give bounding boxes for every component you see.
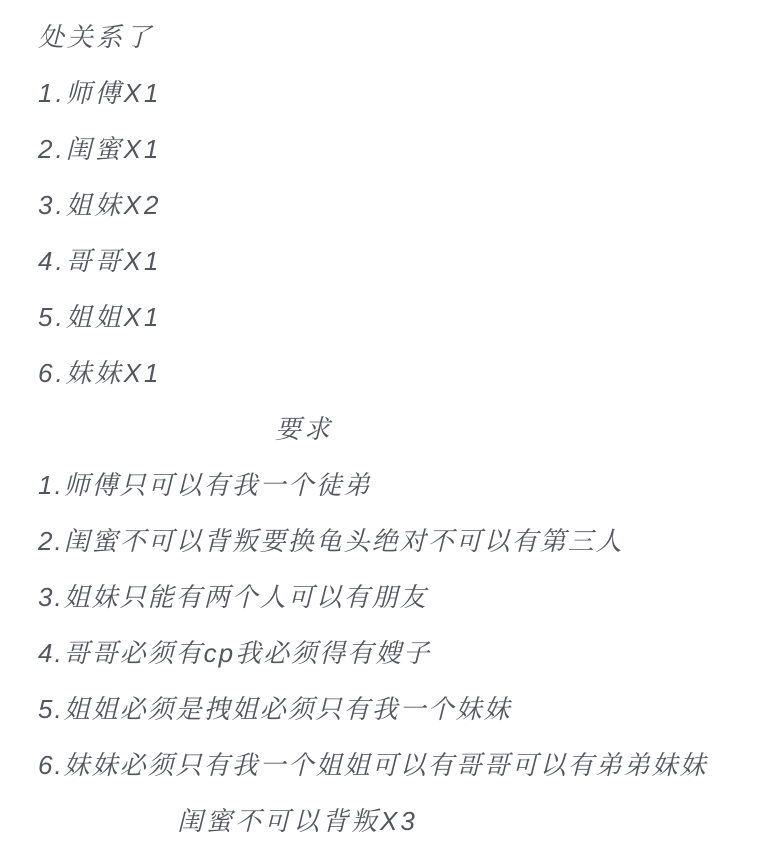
relationship-item: 4.哥哥X1 [38,233,750,289]
relationship-item: 3.姐妹X2 [38,177,750,233]
requirement-item: 6.妹妹必须只有我一个姐姐可以有哥哥可以有弟弟妹妹 [38,737,750,793]
requirement-item: 2.闺蜜不可以背叛要换龟头绝对不可以有第三人 [38,513,750,569]
requirement-item: 1.师傅只可以有我一个徒弟 [38,457,750,513]
relationship-item: 6.妹妹X1 [38,345,750,401]
relationship-item: 2.闺蜜X1 [38,121,750,177]
handwritten-note: 处关系了 1.师傅X1 2.闺蜜X1 3.姐妹X2 4.哥哥X1 5.姐姐X1 … [0,0,770,845]
requirement-item: 3.姐妹只能有两个人可以有朋友 [38,569,750,625]
requirements-title: 要求 [275,401,750,457]
relationship-item: 5.姐姐X1 [38,289,750,345]
intro-line: 处关系了 [38,9,750,65]
relationship-item: 1.师傅X1 [38,65,750,121]
footer-line: 闺蜜不可以背叛X3 [177,793,750,845]
requirement-item: 5.姐姐必须是拽姐必须只有我一个妹妹 [38,681,750,737]
requirement-item: 4.哥哥必须有cp我必须得有嫂子 [38,625,750,681]
